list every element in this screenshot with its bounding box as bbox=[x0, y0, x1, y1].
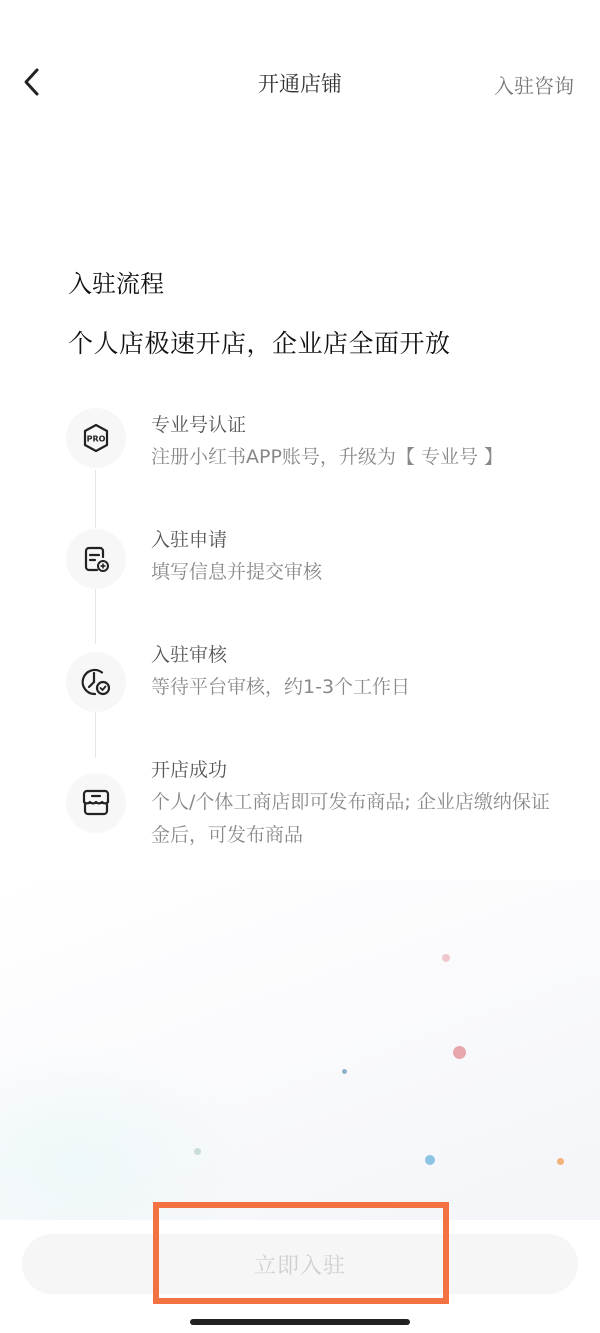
clock-check-icon bbox=[80, 666, 112, 698]
step-description: 个人/个体工商店即可发布商品; 企业店缴纳保证金后，可发布商品 bbox=[151, 786, 551, 852]
home-indicator[interactable] bbox=[190, 1319, 410, 1325]
form-add-icon bbox=[81, 544, 111, 574]
step-description: 注册小红书APP账号，升级为【 专业号 】 bbox=[151, 441, 551, 474]
decor-dot bbox=[442, 954, 450, 962]
step-connector bbox=[95, 586, 96, 644]
decor-dot bbox=[194, 1148, 201, 1155]
step-description: 等待平台审核，约1-3个工作日 bbox=[151, 671, 551, 704]
step-title: 入驻审核 bbox=[151, 640, 227, 667]
step-title: 入驻申请 bbox=[151, 525, 227, 552]
decor-dot bbox=[342, 1069, 347, 1074]
navigation-bar: 开通店铺 入驻咨询 bbox=[0, 50, 600, 116]
step-title: 专业号认证 bbox=[151, 410, 246, 437]
storefront-icon bbox=[80, 788, 112, 818]
step-title: 开店成功 bbox=[151, 755, 227, 782]
section-subtitle: 个人店极速开店，企业店全面开放 bbox=[68, 324, 451, 360]
section-title: 入驻流程 bbox=[68, 264, 164, 299]
step-connector bbox=[95, 470, 96, 528]
decor-dot bbox=[425, 1155, 435, 1165]
apply-now-button[interactable]: 立即入驻 bbox=[22, 1234, 578, 1294]
decor-dot bbox=[557, 1158, 564, 1165]
consult-link[interactable]: 入驻咨询 bbox=[494, 70, 574, 99]
apply-now-label: 立即入驻 bbox=[254, 1249, 346, 1280]
decor-dot bbox=[453, 1046, 466, 1059]
pro-badge-icon: PRO bbox=[81, 423, 111, 453]
step-description: 填写信息并提交审核 bbox=[151, 556, 551, 589]
background-glow bbox=[0, 1040, 260, 1220]
svg-text:PRO: PRO bbox=[87, 435, 106, 444]
